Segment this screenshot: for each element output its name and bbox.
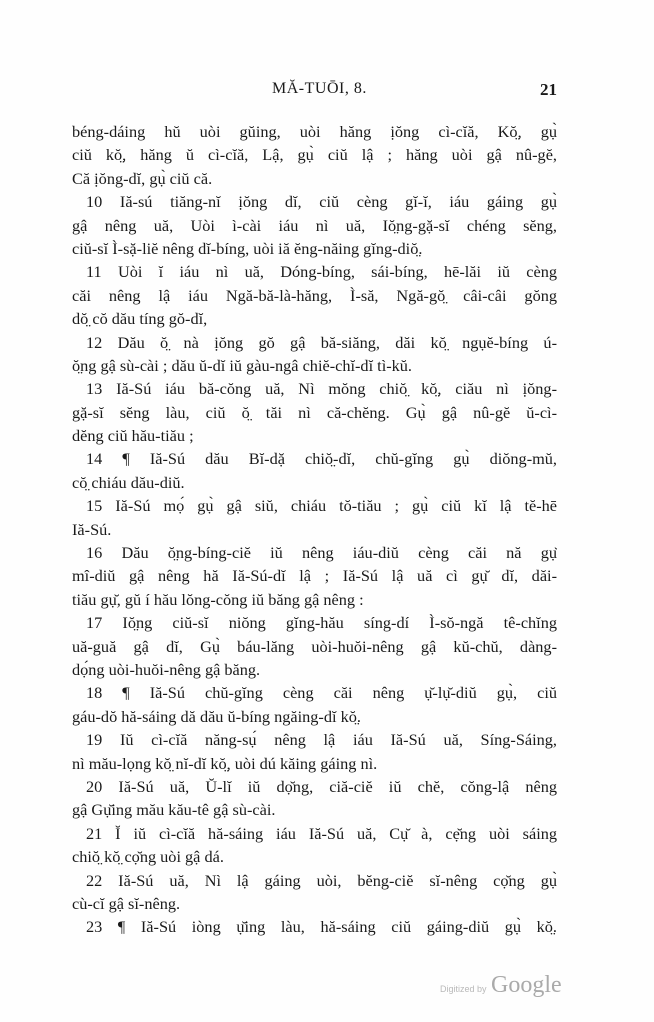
text-line: nì mău-lọng kŏ̤ nĭ-dĭ kŏ̤, uòi dú kăing … — [72, 752, 557, 775]
text-line: ŏ̤ng gậ sù-cài ; dău ŭ-dĭ iŭ gàu-ngâ chi… — [72, 354, 557, 377]
scanned-page: MĂ-TUŌI, 8. 21 béng-dáing hŭ uòi gŭing, … — [0, 0, 654, 1022]
text-line: béng-dáing hŭ uòi gŭing, uòi hăng ịŏng c… — [72, 120, 557, 143]
text-line: 13 Iă-Sú iáu bă-cŏng uă, Nì mŏng chiŏ̤ k… — [72, 377, 557, 400]
text-line: dŏ̤ cŏ dău tíng gŏ-dĭ, — [72, 307, 557, 330]
text-line: 23 ¶ Iă-Sú iòng ụ̆ing làu, hă-sáing ciŭ … — [72, 915, 557, 938]
text-line: 20 Iă-Sú uă, Ŭ-lĭ iŭ dọ̆ng, ciă-ciĕ iŭ c… — [72, 775, 557, 798]
text-line: căi nêng lậ iáu Ngă-bă-là-hăng, Ì-să, Ng… — [72, 284, 557, 307]
text-line: gặ-sĭ sĕng làu, ciŭ ŏ̤ tăi nì că-chĕng. … — [72, 401, 557, 424]
text-line: 11 Uòi ĭ iáu nì uă, Dóng-bíng, sái-bíng,… — [72, 260, 557, 283]
text-line: uă-guă gậ dĭ, Gụ̀ báu-lăng uòi-huŏi-nêng… — [72, 635, 557, 658]
text-line: 14 ¶ Iă-Sú dău Bĭ-dặ chiŏ̤-dĭ, chŭ-gĭng … — [72, 447, 557, 470]
watermark-prefix: Digitized by — [440, 984, 487, 994]
text-line: tiău gụ̆, gŭ í hău lŏng-cŏng iŭ băng gậ … — [72, 588, 557, 611]
text-line: dĕng ciŭ hău-tiău ; — [72, 424, 557, 447]
text-line: chiŏ̤ kŏ̤ cọ̆ng uòi gậ dá. — [72, 845, 557, 868]
text-line: 21 Ĭ iŭ cì-cĭă hă-sáing iáu Iă-Sú uă, Cụ… — [72, 822, 557, 845]
running-head: MĂ-TUŌI, 8. 21 — [72, 80, 557, 104]
text-line: ciŭ kŏ̤, hăng ŭ cì-cĭă, Lậ, gụ̀ ciŭ lậ ;… — [72, 143, 557, 166]
text-line: 19 Iŭ cì-cĭă năng-sụ́ nêng lậ iáu Iă-Sú … — [72, 728, 557, 751]
running-title: MĂ-TUŌI, 8. — [272, 80, 367, 98]
text-line: 16 Dău ŏ̤ng-bíng-ciĕ iŭ nêng iáu-diŭ cèn… — [72, 541, 557, 564]
text-line: 12 Dău ŏ̤ nà ịŏng gŏ gậ bă-siăng, dăi kŏ… — [72, 331, 557, 354]
text-line: ciŭ-sĭ Ì-sặ-liĕ nêng dĭ-bíng, uòi iă ĕng… — [72, 237, 557, 260]
text-line: 15 Iă-Sú mọ́ gụ̀ gậ siŭ, chiáu tŏ-tiău ;… — [72, 494, 557, 517]
text-line: 18 ¶ Iă-Sú chŭ-gĭng cèng căi nêng ụ̆-lụ̆… — [72, 681, 557, 704]
text-line: gáu-dŏ hă-sáing dă dău ŭ-bíng ngăing-dĭ … — [72, 705, 557, 728]
text-line: 17 Iŏ̤ng ciŭ-sĭ niŏng gĭng-hău síng-dí Ì… — [72, 611, 557, 634]
text-line: gậ Gụ̆ing mău kău-tê gậ sù-cài. — [72, 798, 557, 821]
text-line: mî-diŭ gậ nêng hă Iă-Sú-dĭ lậ ; Iă-Sú lậ… — [72, 564, 557, 587]
text-line: dọ́ng uòi-huŏi-nêng gậ băng. — [72, 658, 557, 681]
page-number: 21 — [540, 80, 557, 100]
text-line: cù-cĭ gậ sĭ-nêng. — [72, 892, 557, 915]
digitized-by-watermark: Digitized by Google — [440, 972, 562, 999]
text-line: Că ịŏng-dĭ, gụ̀ ciŭ că. — [72, 167, 557, 190]
text-line: gậ nêng uă, Uòi ì-cài iáu nì uă, Iŏ̤ng-g… — [72, 214, 557, 237]
google-logo: Google — [491, 972, 562, 998]
text-line: Iă-Sú. — [72, 518, 557, 541]
body-text: béng-dáing hŭ uòi gŭing, uòi hăng ịŏng c… — [72, 120, 557, 939]
text-line: cŏ̤ chiáu dău-diŭ. — [72, 471, 557, 494]
text-line: 10 Iă-sú tiăng-nĭ ịŏng dĭ, ciŭ cèng gĭ-ĭ… — [72, 190, 557, 213]
text-line: 22 Iă-Sú uă, Nì lậ gáing uòi, bĕng-ciĕ s… — [72, 869, 557, 892]
